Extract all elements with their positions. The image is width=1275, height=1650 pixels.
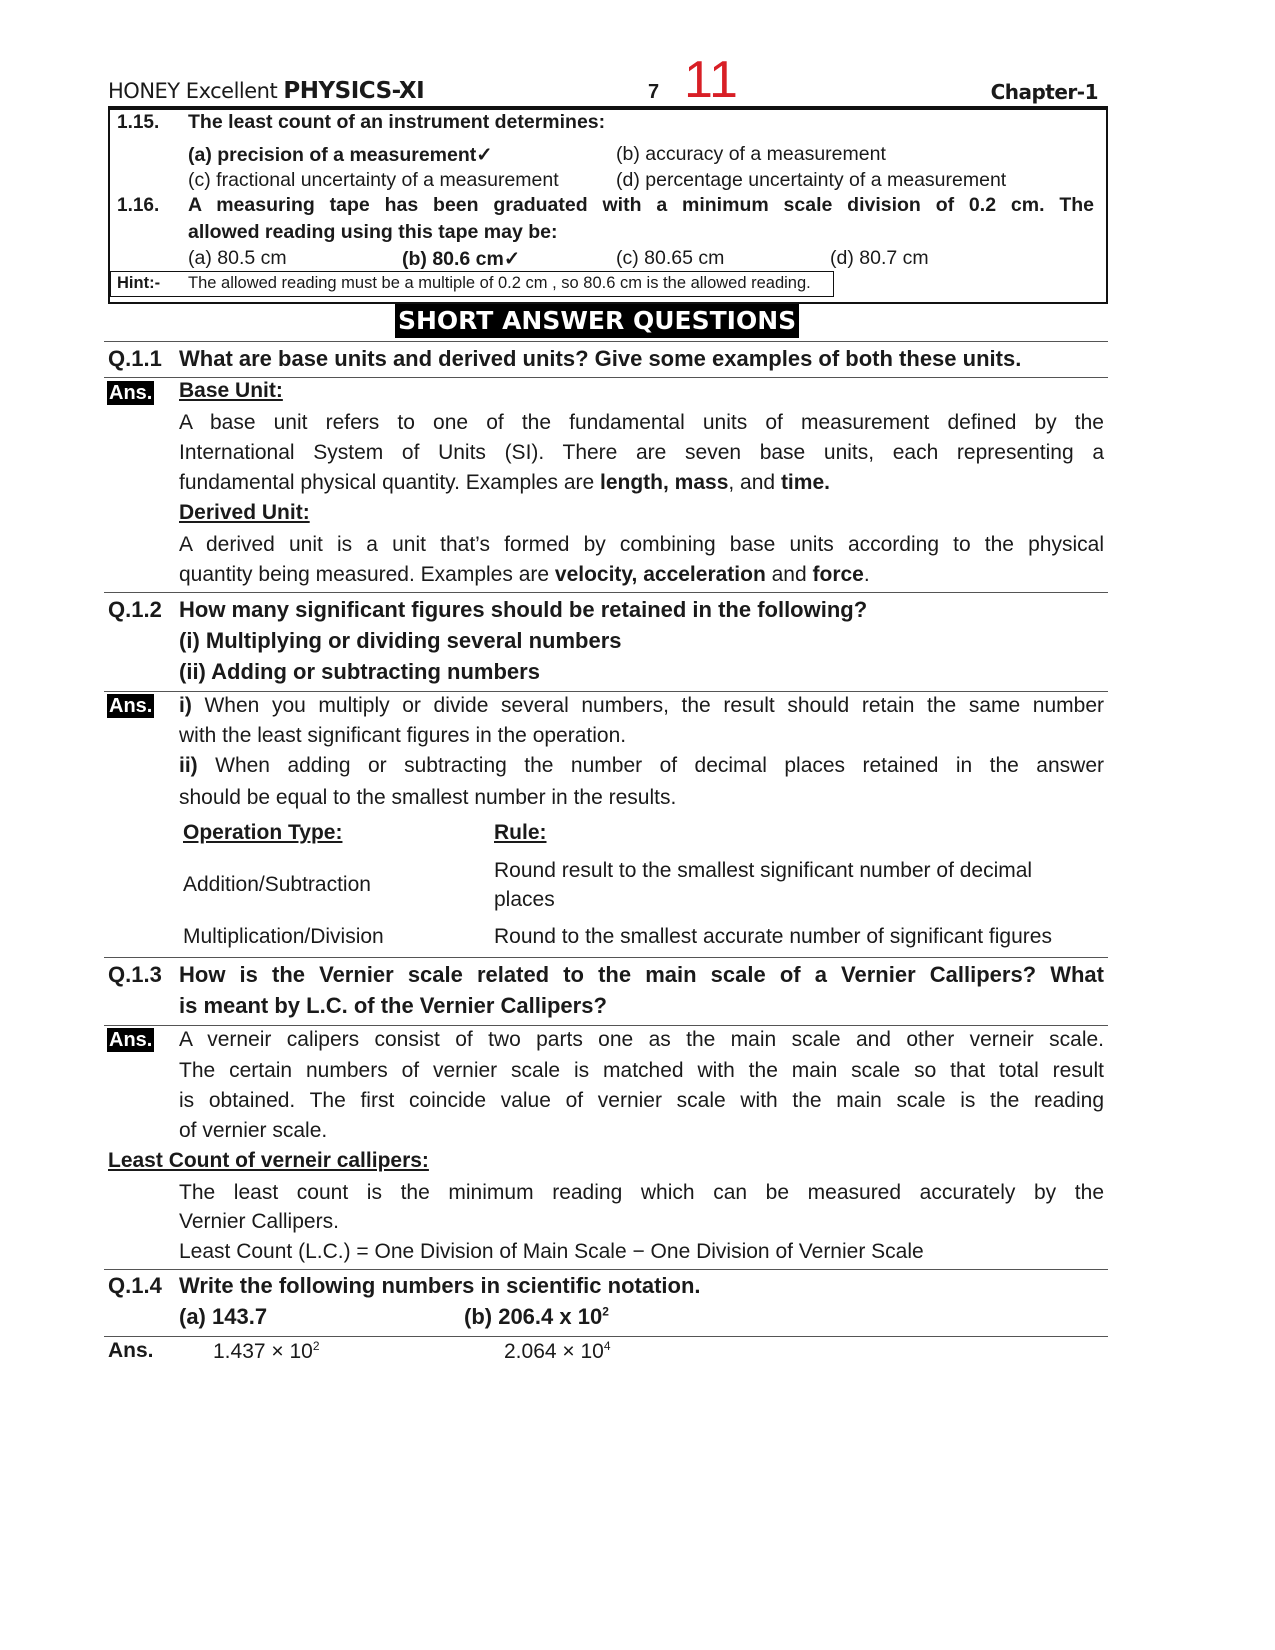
hint-text: The allowed reading must be a multiple o… (188, 274, 811, 293)
mcq-option: (a) 80.5 cm (188, 247, 287, 270)
answer-label: Ans. (107, 381, 154, 405)
mcq-option: (b) 80.6 cm✓ (402, 247, 520, 271)
paragraph-line: The least count is the minimum reading w… (179, 1178, 1104, 1209)
table-header-rule: Rule: (494, 821, 547, 845)
question-text: What are base units and derived units? G… (179, 346, 1021, 372)
table-cell-rule: places (494, 888, 555, 912)
divider (104, 1336, 1108, 1337)
paragraph-line: The certain numbers of vernier scale is … (179, 1056, 1104, 1087)
mcq-question: A measuring tape has been graduated with… (188, 194, 1094, 217)
divider (104, 1269, 1108, 1270)
paragraph-line: A base unit refers to one of the fundame… (179, 408, 1104, 439)
table-cell-operation: Addition/Subtraction (183, 873, 371, 897)
question-text: is meant by L.C. of the Vernier Calliper… (179, 993, 607, 1019)
base-unit-heading: Base Unit: (179, 379, 283, 403)
mcq-box: 1.15. The least count of an instrument d… (108, 108, 1108, 304)
paragraph-line: quantity being measured. Examples are ve… (179, 560, 1104, 591)
paragraph-line: International System of Units (SI). Ther… (179, 438, 1104, 469)
question-part-b: (b) 206.4 x 102 (464, 1304, 609, 1330)
question-number: Q.1.3 (108, 962, 162, 988)
book-title: HONEY Excellent PHYSICS-XI (108, 78, 424, 104)
question-text: How many significant figures should be r… (179, 597, 867, 623)
table-cell-operation: Multiplication/Division (183, 925, 384, 949)
mcq-question: The least count of an instrument determi… (188, 111, 605, 134)
paragraph-line: ii) When adding or subtracting the numbe… (179, 751, 1104, 782)
page-header: HONEY Excellent PHYSICS-XI 7 11 Chapter-… (108, 54, 1108, 109)
mcq-question-cont: allowed reading using this tape may be: (188, 221, 558, 244)
question-part-a: (a) 143.7 (179, 1304, 267, 1330)
least-count-formula: Least Count (L.C.) = One Division of Mai… (179, 1237, 1104, 1268)
question-subpart: (i) Multiplying or dividing several numb… (179, 628, 622, 654)
question-number: Q.1.4 (108, 1273, 162, 1299)
page-number-small: 7 (648, 81, 659, 104)
paragraph-line: A derived unit is a unit that’s formed b… (179, 530, 1104, 561)
answer-label: Ans. (107, 1028, 154, 1052)
mcq-number: 1.16. (117, 195, 159, 217)
hint-box: Hint:- The allowed reading must be a mul… (110, 271, 834, 297)
answer-b: 2.064 × 104 (504, 1339, 611, 1364)
mcq-number: 1.15. (117, 112, 159, 134)
paragraph-line: should be equal to the smallest number i… (179, 783, 1104, 814)
section-title: SHORT ANSWER QUESTIONS (395, 304, 799, 338)
paragraph-line: of vernier scale. (179, 1116, 1104, 1147)
page-number-large: 11 (684, 54, 738, 106)
chapter-label: Chapter-1 (991, 80, 1098, 104)
answer-label: Ans. (107, 694, 154, 718)
question-number: Q.1.1 (108, 346, 162, 372)
divider (104, 957, 1108, 958)
mcq-option: (c) fractional uncertainty of a measurem… (188, 169, 559, 192)
answer-label-plain: Ans. (108, 1339, 154, 1363)
question-subpart: (ii) Adding or subtracting numbers (179, 659, 540, 685)
divider (104, 341, 1108, 342)
paragraph-line: fundamental physical quantity. Examples … (179, 468, 1104, 499)
paragraph-line: i) When you multiply or divide several n… (179, 691, 1104, 722)
least-count-heading: Least Count of verneir callipers: (108, 1149, 429, 1173)
paragraph-line: with the least significant figures in th… (179, 721, 1104, 752)
paragraph-line: is obtained. The first coincide value of… (179, 1086, 1104, 1117)
mcq-option: (d) percentage uncertainty of a measurem… (616, 169, 1006, 192)
question-text: How is the Vernier scale related to the … (179, 962, 1104, 988)
paragraph-line: Vernier Callipers. (179, 1207, 1104, 1238)
answer-a: 1.437 × 102 (213, 1339, 320, 1364)
mcq-option: (b) accuracy of a measurement (616, 143, 886, 166)
mcq-option: (a) precision of a measurement✓ (188, 143, 493, 167)
paragraph-line: A verneir calipers consist of two parts … (179, 1025, 1104, 1056)
table-cell-rule: Round to the smallest accurate number of… (494, 925, 1052, 949)
question-text: Write the following numbers in scientifi… (179, 1273, 701, 1299)
mcq-option: (d) 80.7 cm (830, 247, 929, 270)
hint-label: Hint:- (117, 274, 160, 293)
question-number: Q.1.2 (108, 597, 162, 623)
table-header-operation: Operation Type: (183, 821, 342, 845)
derived-unit-heading: Derived Unit: (179, 501, 310, 525)
table-cell-rule: Round result to the smallest significant… (494, 859, 1032, 883)
divider (104, 377, 1108, 378)
mcq-option: (c) 80.65 cm (616, 247, 724, 270)
divider (104, 592, 1108, 593)
